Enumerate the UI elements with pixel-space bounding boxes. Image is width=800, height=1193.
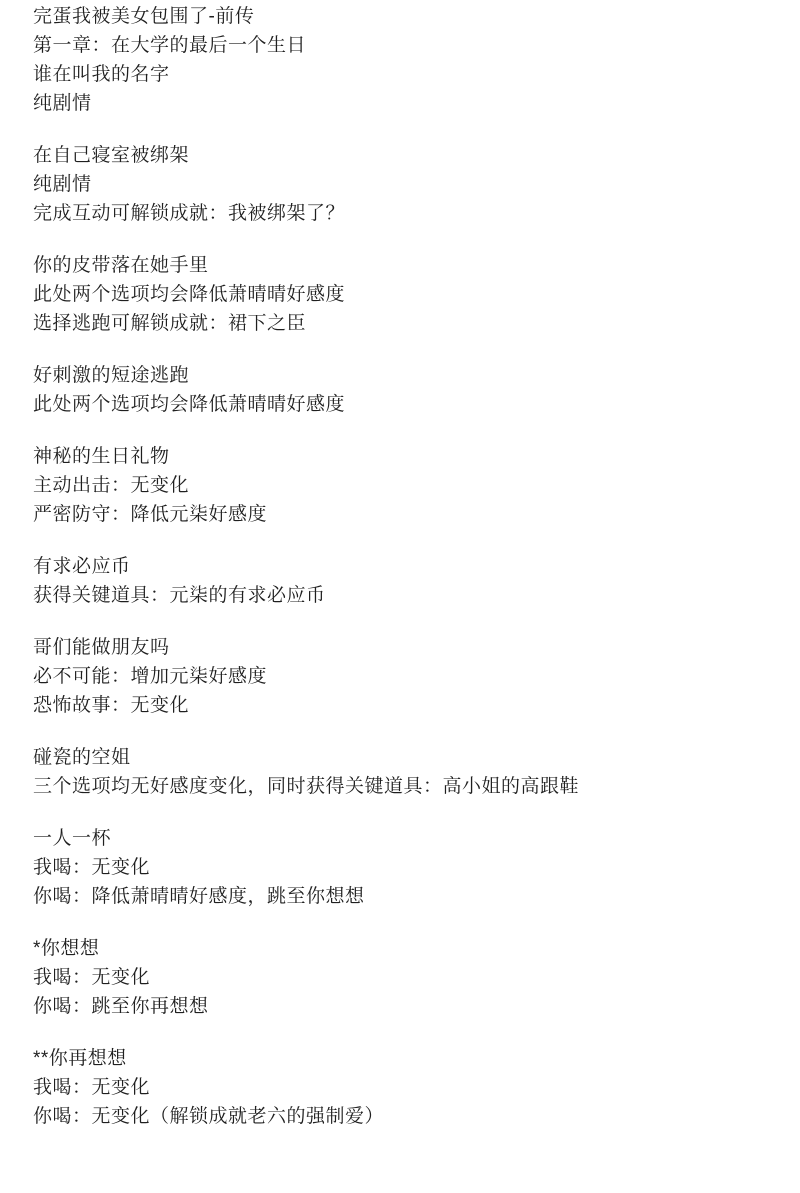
- text-line: 你喝：无变化（解锁成就老六的强制爱）: [33, 1102, 770, 1131]
- text-block: 有求必应币获得关键道具：元柒的有求必应币: [33, 552, 770, 610]
- text-line: 你的皮带落在她手里: [33, 251, 770, 280]
- text-block: *你想想我喝：无变化你喝：跳至你再想想: [33, 934, 770, 1021]
- text-line: 获得关键道具：元柒的有求必应币: [33, 581, 770, 610]
- page: { "document": { "title": "完蛋我被美女包围了-前传",…: [0, 0, 800, 1193]
- text-line: 三个选项均无好感度变化，同时获得关键道具：高小姐的高跟鞋: [33, 772, 770, 801]
- text-line: 好刺激的短途逃跑: [33, 361, 770, 390]
- text-line: 一人一杯: [33, 824, 770, 853]
- text-line: 哥们能做朋友吗: [33, 633, 770, 662]
- text-block: 你的皮带落在她手里此处两个选项均会降低萧晴晴好感度选择逃跑可解锁成就：裙下之臣: [33, 251, 770, 338]
- text-block: **你再想想我喝：无变化你喝：无变化（解锁成就老六的强制爱）: [33, 1044, 770, 1131]
- text-line: 主动出击：无变化: [33, 471, 770, 500]
- text-line: 我喝：无变化: [33, 853, 770, 882]
- text-line: 有求必应币: [33, 552, 770, 581]
- text-line: 选择逃跑可解锁成就：裙下之臣: [33, 309, 770, 338]
- text-line: *你想想: [33, 934, 770, 963]
- text-block: 好刺激的短途逃跑此处两个选项均会降低萧晴晴好感度: [33, 361, 770, 419]
- text-line: 严密防守：降低元柒好感度: [33, 500, 770, 529]
- text-line: 你喝：降低萧晴晴好感度，跳至你想想: [33, 882, 770, 911]
- text-line: 此处两个选项均会降低萧晴晴好感度: [33, 280, 770, 309]
- text-block: 神秘的生日礼物主动出击：无变化严密防守：降低元柒好感度: [33, 442, 770, 529]
- text-line: 碰瓷的空姐: [33, 743, 770, 772]
- text-line: 必不可能：增加元柒好感度: [33, 662, 770, 691]
- document: 完蛋我被美女包围了-前传第一章：在大学的最后一个生日谁在叫我的名字纯剧情在自己寝…: [0, 0, 800, 1193]
- text-line: 神秘的生日礼物: [33, 442, 770, 471]
- text-line: 在自己寝室被绑架: [33, 141, 770, 170]
- text-line: 完成互动可解锁成就：我被绑架了？: [33, 199, 770, 228]
- text-line: 谁在叫我的名字: [33, 60, 770, 89]
- text-line: 完蛋我被美女包围了-前传: [33, 2, 770, 31]
- text-line: 我喝：无变化: [33, 1073, 770, 1102]
- text-block: 碰瓷的空姐三个选项均无好感度变化，同时获得关键道具：高小姐的高跟鞋: [33, 743, 770, 801]
- text-line: 纯剧情: [33, 170, 770, 199]
- text-block: 完蛋我被美女包围了-前传第一章：在大学的最后一个生日谁在叫我的名字纯剧情: [33, 2, 770, 118]
- text-line: 你喝：跳至你再想想: [33, 992, 770, 1021]
- text-line: 恐怖故事：无变化: [33, 691, 770, 720]
- text-block: 一人一杯我喝：无变化你喝：降低萧晴晴好感度，跳至你想想: [33, 824, 770, 911]
- text-line: 此处两个选项均会降低萧晴晴好感度: [33, 390, 770, 419]
- text-block: 在自己寝室被绑架纯剧情完成互动可解锁成就：我被绑架了？: [33, 141, 770, 228]
- text-line: **你再想想: [33, 1044, 770, 1073]
- text-line: 我喝：无变化: [33, 963, 770, 992]
- text-line: 第一章：在大学的最后一个生日: [33, 31, 770, 60]
- text-block: 哥们能做朋友吗必不可能：增加元柒好感度恐怖故事：无变化: [33, 633, 770, 720]
- text-line: 纯剧情: [33, 89, 770, 118]
